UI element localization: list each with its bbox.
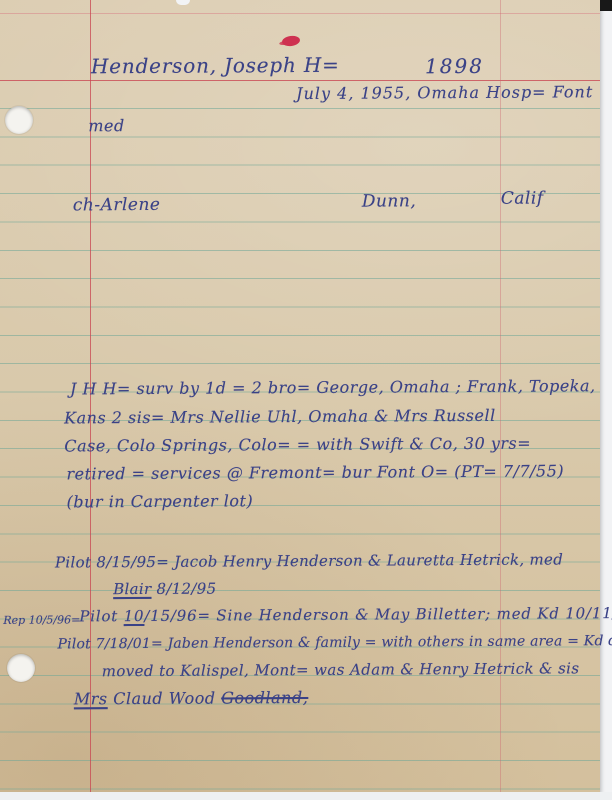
pilot-1901-line-3: Mrs Claud Wood Goodland,: [74, 690, 309, 708]
obit-line-5: (bur in Carpenter lot): [67, 493, 254, 511]
child-state-text: Calif: [501, 189, 544, 209]
pilot-1896-line-text: 10: [124, 607, 145, 625]
pilot-1896-line: Pilot 10/15/96= Sine Henderson & May Bil…: [79, 606, 612, 625]
obit-line-3: Case, Colo Springs, Colo= = with Swift &…: [64, 436, 531, 456]
scanner-corner-notch: [600, 0, 612, 11]
child-state: Calif: [501, 191, 544, 209]
obit-line-5-text: (bur in Carpenter lot): [67, 491, 254, 511]
surname-name-line-text: Henderson, Joseph H=: [91, 53, 340, 79]
pilot-1901-line-3-text: Goodland,: [221, 688, 308, 708]
pilot-1901-line: Pilot 7/18/01= Jaben Henderson & family …: [57, 634, 612, 652]
pilot-1895-line-2-text: Blair: [113, 580, 151, 598]
pilot-1895-line-2: Blair 8/12/95: [113, 582, 216, 598]
paper-sheet: Henderson, Joseph H=1898July 4, 1955, Om…: [0, 0, 600, 792]
surname-name-line: Henderson, Joseph H=: [91, 55, 340, 78]
pilot-1901-line-3-text: Mrs: [74, 689, 108, 708]
child-name: ch-Arlene: [73, 197, 161, 215]
med-note: med: [88, 118, 124, 135]
scan-bottom-edge: [0, 792, 612, 800]
pilot-1895-line-text: Pilot 8/15/95= Jacob Henry Henderson & L…: [55, 550, 563, 571]
obit-line-1-text: J H H= surv by 1d = 2 bro= George, Omaha…: [70, 376, 596, 398]
death-date-line: July 4, 1955, Omaha Hosp= Font: [296, 84, 593, 103]
pilot-1896-line-text: /15/96= Sine Henderson & May Billetter; …: [144, 604, 612, 625]
pilot-1895-line: Pilot 8/15/95= Jacob Henry Henderson & L…: [55, 552, 563, 571]
pilot-1901-line-3-text: Claud Wood: [108, 688, 222, 708]
rep-margin-note: Rep 10/5/96=: [3, 614, 80, 626]
death-date-line-text: July 4, 1955, Omaha Hosp= Font: [296, 82, 593, 103]
child-name-text: ch-Arlene: [73, 195, 161, 216]
pilot-1895-line-2-text: 8/12/95: [151, 580, 216, 598]
med-note-text: med: [88, 116, 125, 135]
pilot-1901-line-2: moved to Kalispel, Mont= was Adam & Henr…: [102, 661, 580, 680]
obit-line-2-text: Kans 2 sis= Mrs Nellie Uhl, Omaha & Mrs …: [64, 406, 496, 428]
obit-line-3-text: Case, Colo Springs, Colo= = with Swift &…: [64, 434, 531, 456]
pilot-1896-line-text: Pilot: [79, 607, 123, 625]
obit-line-1: J H H= surv by 1d = 2 bro= George, Omaha…: [70, 378, 596, 398]
birth-year-text: 1898: [425, 54, 484, 78]
handwriting-layer: Henderson, Joseph H=1898July 4, 1955, Om…: [0, 0, 602, 794]
obit-line-2: Kans 2 sis= Mrs Nellie Uhl, Omaha & Mrs …: [64, 408, 496, 427]
obit-line-4-text: retired = services @ Fremont= bur Font O…: [66, 461, 564, 483]
child-married-surname-text: Dunn,: [362, 191, 417, 211]
rep-margin-note-text: Rep 10/5/96=: [3, 613, 80, 626]
pilot-1901-line-2-text: moved to Kalispel, Mont= was Adam & Henr…: [102, 659, 580, 680]
pilot-1901-line-text: Pilot 7/18/01= Jaben Henderson & family …: [57, 633, 612, 653]
scan-background: { "document": { "kind": "scanned handwri…: [0, 0, 612, 800]
child-married-surname: Dunn,: [362, 193, 416, 211]
obit-line-4: retired = services @ Fremont= bur Font O…: [66, 463, 564, 483]
birth-year: 1898: [425, 56, 484, 77]
